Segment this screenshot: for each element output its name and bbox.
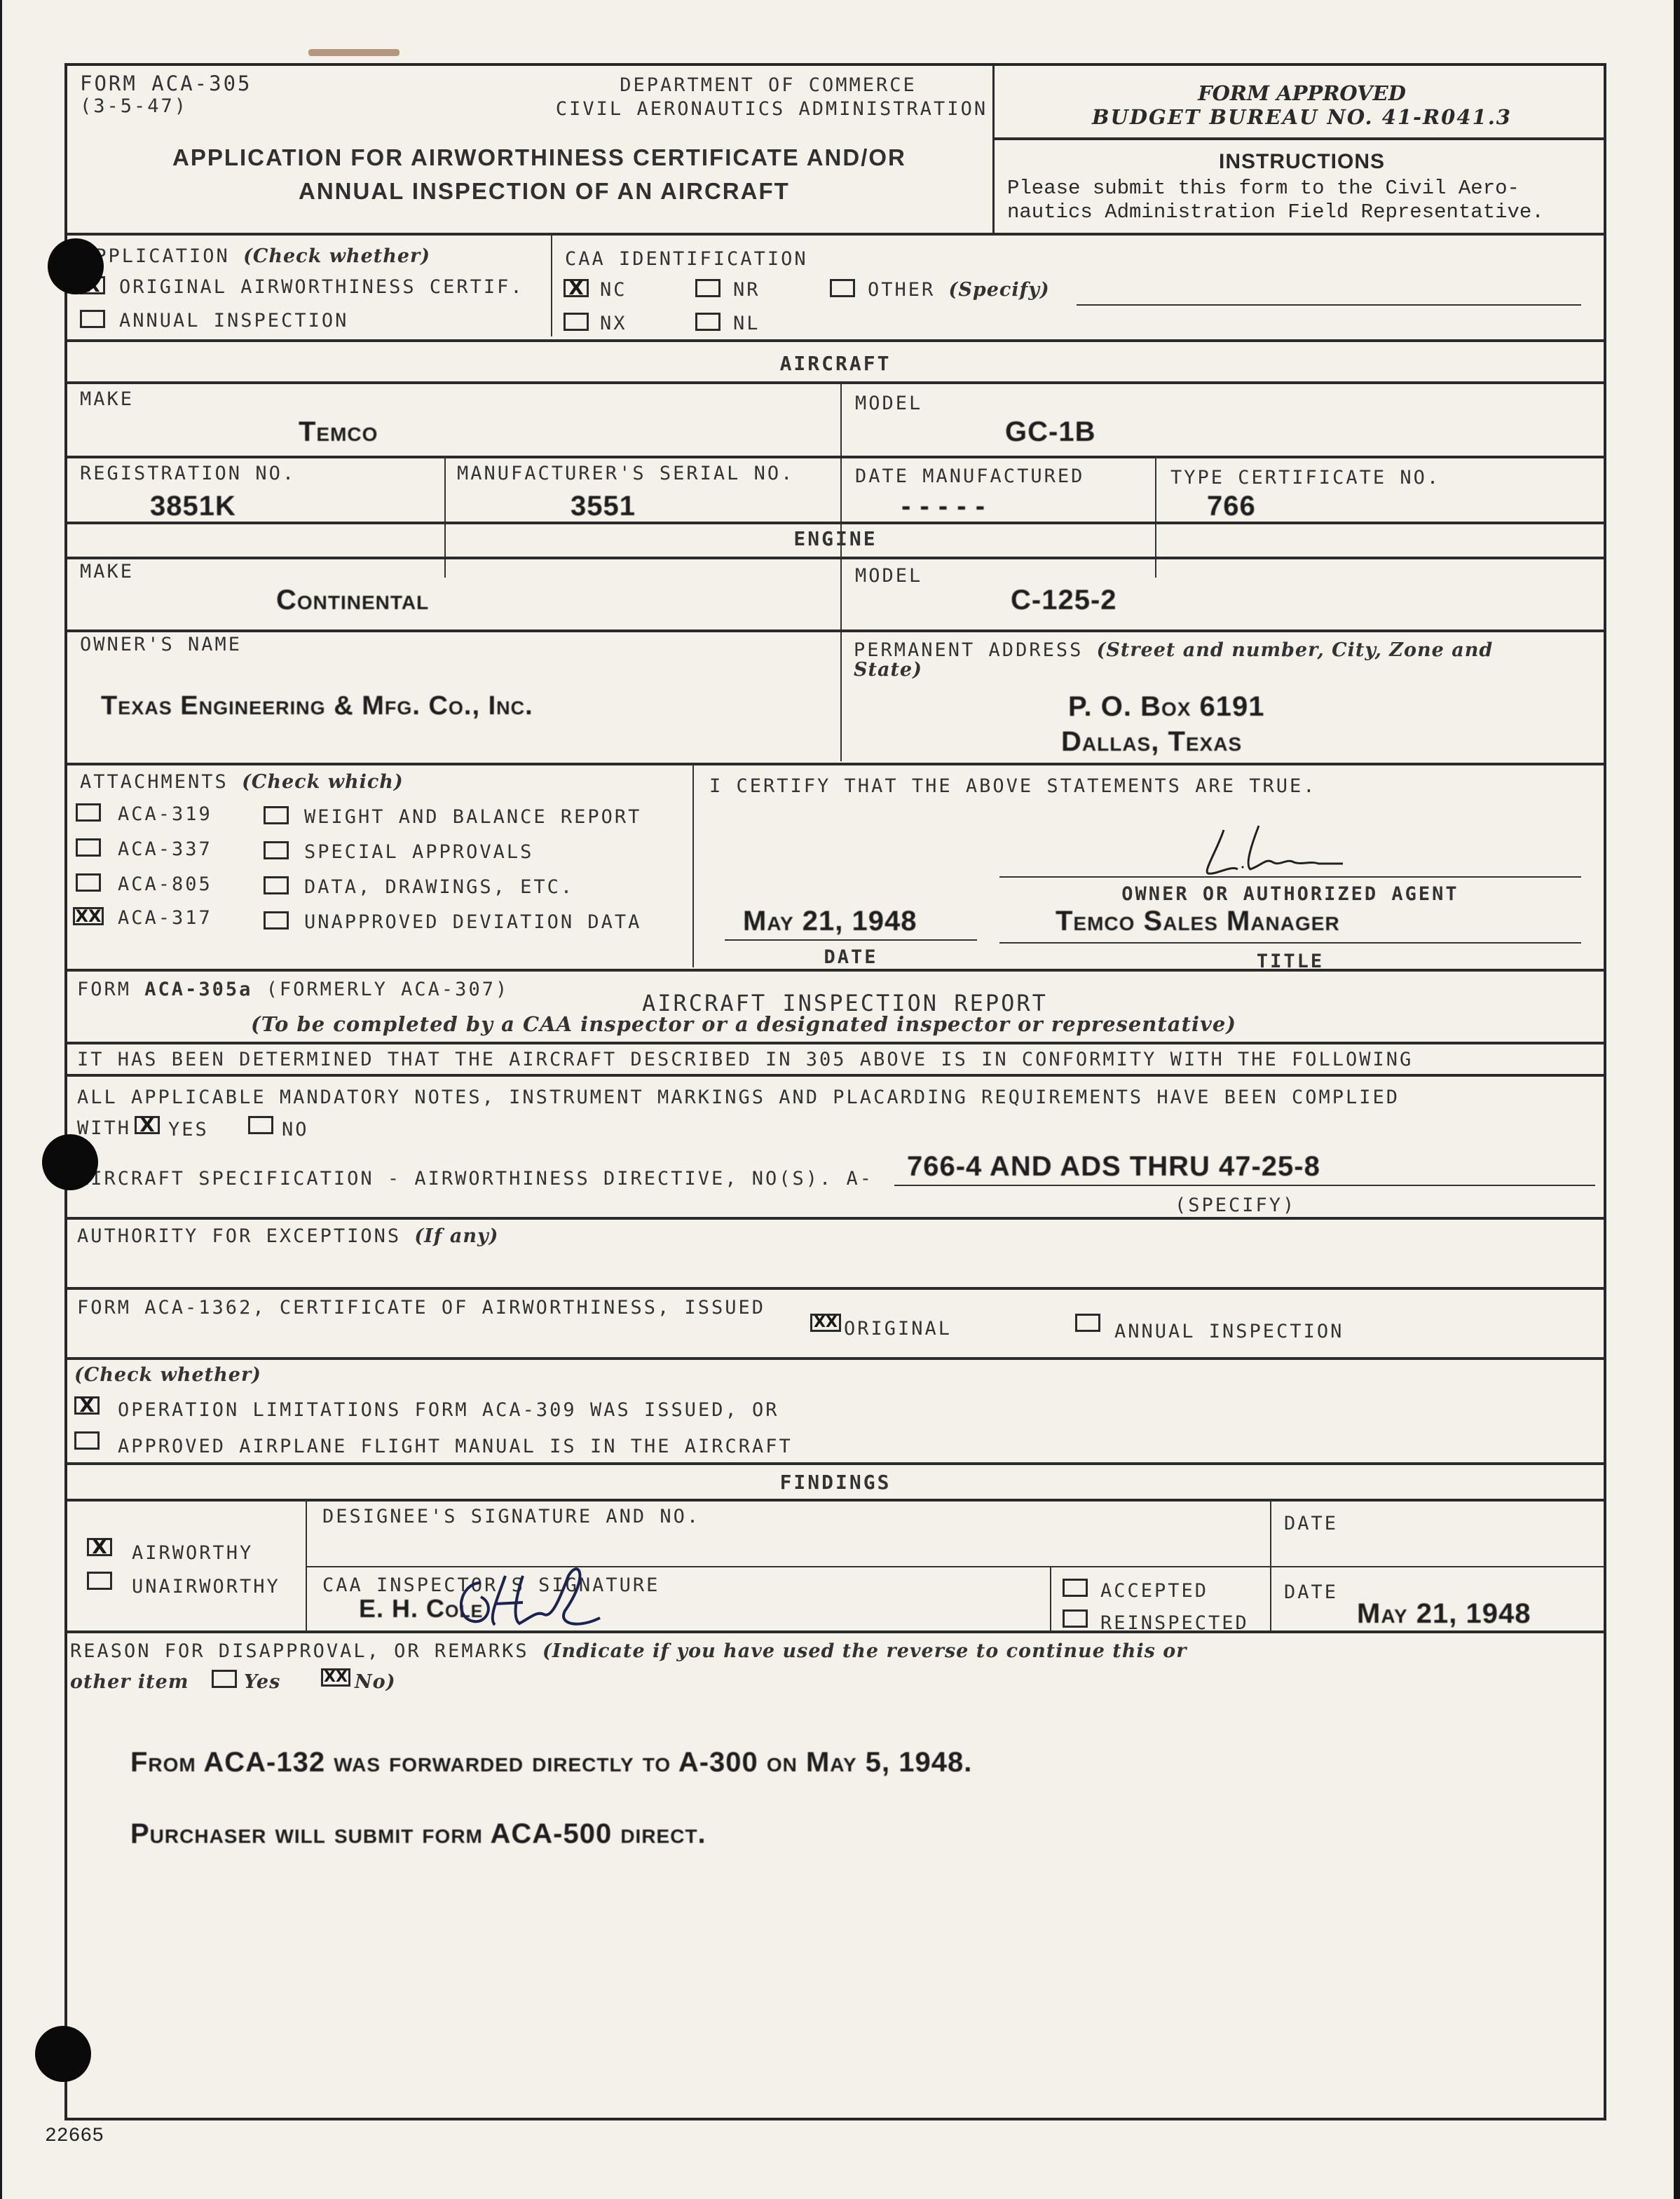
checkbox-reverse-yes[interactable] bbox=[212, 1670, 237, 1688]
date-manufactured-value: - - - - - bbox=[901, 491, 985, 522]
label-unapproved-deviation: UNAPPROVED DEVIATION DATA bbox=[304, 911, 641, 933]
aircraft-make-value: Temco bbox=[299, 416, 378, 448]
page-edge-left bbox=[0, 0, 2, 2199]
department: DEPARTMENT OF COMMERCE bbox=[558, 74, 978, 96]
address-line2: Dallas, Texas bbox=[1061, 726, 1242, 758]
certification-bottom-line bbox=[67, 969, 1604, 972]
punch-hole-bottom bbox=[35, 2026, 91, 2082]
checkbox-unapproved-deviation[interactable] bbox=[264, 911, 289, 930]
instructions-line1: Please submit this form to the Civil Aer… bbox=[1007, 177, 1519, 200]
spec-bottom-line bbox=[67, 1217, 1604, 1220]
remarks-label: REASON FOR DISAPPROVAL, OR REMARKS (Indi… bbox=[70, 1640, 1187, 1662]
aircraft-section-title: AIRCRAFT bbox=[67, 352, 1604, 375]
spec-hint: (SPECIFY) bbox=[1175, 1194, 1296, 1216]
application-divider bbox=[551, 234, 552, 336]
label-complied-no: NO bbox=[282, 1119, 309, 1141]
registration-label: REGISTRATION NO. bbox=[80, 463, 296, 484]
caa-identification-label: CAA IDENTIFICATION bbox=[565, 248, 808, 270]
engine-section-title: ENGINE bbox=[67, 527, 1604, 550]
checkbox-operation-limitations[interactable]: X bbox=[74, 1396, 100, 1415]
form-number: FORM ACA-305 bbox=[80, 72, 252, 95]
address-label: PERMANENT ADDRESS (Street and number, Ci… bbox=[854, 639, 1493, 661]
form-approved-box: FORM APPROVED BUDGET BUREAU NO. 41-R041.… bbox=[995, 66, 1609, 136]
conformity-statement: IT HAS BEEN DETERMINED THAT THE AIRCRAFT… bbox=[77, 1049, 1413, 1070]
with-label: WITH bbox=[77, 1117, 131, 1139]
instructions-line2: nautics Administration Field Representat… bbox=[1007, 200, 1544, 224]
remarks-hint2: other item bbox=[70, 1671, 189, 1693]
accepted-divider bbox=[1050, 1567, 1051, 1630]
punch-hole-top bbox=[48, 238, 104, 294]
label-certificate-annual: ANNUAL INSPECTION bbox=[1114, 1321, 1344, 1342]
form-title-line1: APPLICATION FOR AIRWORTHINESS CERTIFICAT… bbox=[172, 144, 906, 171]
serial-value: 3551 bbox=[571, 491, 636, 522]
inspection-report-subtitle: (To be completed by a CAA inspector or a… bbox=[251, 1012, 1236, 1036]
date-manufactured-divider bbox=[1155, 457, 1156, 578]
exceptions-label: AUTHORITY FOR EXCEPTIONS (If any) bbox=[77, 1225, 498, 1247]
inspector-date: May 21, 1948 bbox=[1357, 1598, 1531, 1630]
attachments-label: ATTACHMENTS (Check which) bbox=[80, 771, 404, 793]
mandatory-notes: ALL APPLICABLE MANDATORY NOTES, INSTRUME… bbox=[77, 1087, 1400, 1108]
application-bottom-line bbox=[67, 339, 1604, 342]
label-nx: NX bbox=[600, 313, 627, 334]
engine-model-label: MODEL bbox=[855, 565, 922, 587]
checkbox-reverse-no[interactable]: XX bbox=[321, 1668, 350, 1687]
engine-make-label: MAKE bbox=[80, 561, 134, 583]
label-nc: NC bbox=[600, 279, 627, 301]
date-line bbox=[725, 939, 977, 941]
designee-date-divider bbox=[1270, 1500, 1271, 1630]
checkbox-other[interactable] bbox=[830, 279, 855, 297]
document-number: 22665 bbox=[45, 2125, 104, 2147]
owner-name-label: OWNER'S NAME bbox=[80, 634, 242, 655]
checkbox-nl[interactable] bbox=[695, 313, 721, 331]
aircraft-model-label: MODEL bbox=[855, 393, 922, 414]
remarks-line2: Purchaser will submit form ACA-500 direc… bbox=[130, 1818, 706, 1850]
engine-divider bbox=[840, 558, 842, 761]
date-label: DATE bbox=[725, 946, 977, 968]
checkbox-certificate-annual[interactable] bbox=[1075, 1314, 1100, 1332]
label-certificate-original: ORIGINAL bbox=[844, 1318, 952, 1340]
certification-title: Temco Sales Manager bbox=[1056, 906, 1340, 937]
engine-title-line bbox=[67, 557, 1604, 559]
checkbox-accepted[interactable] bbox=[1063, 1579, 1088, 1597]
page-edge-right bbox=[1674, 0, 1680, 2199]
label-special-approvals: SPECIAL APPROVALS bbox=[304, 841, 533, 863]
inspection-form-number: FORM ACA-305a (FORMERLY ACA-307) bbox=[77, 979, 509, 1000]
checkbox-nc[interactable]: X bbox=[564, 279, 589, 297]
engine-row-line bbox=[67, 629, 1604, 632]
registration-divider bbox=[444, 457, 446, 578]
label-reverse-yes: Yes bbox=[244, 1671, 280, 1693]
remarks-line1: From ACA-132 was forwarded directly to A… bbox=[130, 1747, 972, 1778]
engine-model-value: C-125-2 bbox=[1011, 585, 1117, 616]
label-nl: NL bbox=[733, 313, 760, 334]
signature-line bbox=[999, 876, 1581, 878]
registration-value: 3851K bbox=[150, 491, 236, 522]
inspection-title-line bbox=[67, 1042, 1604, 1044]
checkbox-nr[interactable] bbox=[695, 279, 721, 297]
header-bottom-line bbox=[67, 233, 1604, 236]
checkbox-data-drawings[interactable] bbox=[264, 876, 289, 894]
checkbox-aca-805[interactable] bbox=[76, 873, 101, 892]
findings-section-title: FINDINGS bbox=[67, 1471, 1604, 1494]
label-aca-805: ACA-805 bbox=[118, 873, 212, 895]
label-reverse-no: No) bbox=[355, 1671, 395, 1693]
label-operation-limitations: OPERATION LIMITATIONS FORM ACA-309 WAS I… bbox=[118, 1399, 779, 1421]
engine-bottom-line bbox=[67, 763, 1604, 765]
type-certificate-value: 766 bbox=[1207, 491, 1256, 522]
label-accepted: ACCEPTED bbox=[1100, 1580, 1208, 1602]
certification-date: May 21, 1948 bbox=[743, 906, 917, 937]
owner-name-value: Texas Engineering & Mfg. Co., Inc. bbox=[101, 691, 533, 721]
address-hint-state: State) bbox=[854, 659, 922, 681]
label-flight-manual: APPROVED AIRPLANE FLIGHT MANUAL IS IN TH… bbox=[118, 1436, 793, 1457]
certificate-bottom-line bbox=[67, 1357, 1604, 1360]
serial-label: MANUFACTURER'S SERIAL NO. bbox=[457, 463, 794, 484]
address-line1: P. O. Box 6191 bbox=[1068, 691, 1265, 723]
checkbox-special-approvals[interactable] bbox=[264, 841, 289, 859]
title-line bbox=[999, 942, 1581, 944]
label-weight-balance: WEIGHT AND BALANCE REPORT bbox=[304, 806, 641, 828]
engine-make-value: Continental bbox=[276, 585, 429, 616]
aircraft-row1-line bbox=[67, 456, 1604, 458]
checkbox-complied-no[interactable] bbox=[248, 1116, 273, 1134]
certificate-issued-label: FORM ACA-1362, CERTIFICATE OF AIRWORTHIN… bbox=[77, 1297, 765, 1319]
checkbox-weight-balance[interactable] bbox=[264, 806, 289, 824]
checkbox-complied-yes[interactable]: X bbox=[135, 1116, 160, 1134]
budget-bureau: BUDGET BUREAU NO. 41-R041.3 bbox=[995, 105, 1609, 129]
aircraft-model-value: GC-1B bbox=[1005, 416, 1095, 448]
label-aca-317: ACA-317 bbox=[118, 907, 212, 929]
spec-value: 766-4 AND ADS THRU 47-25-8 bbox=[907, 1151, 1320, 1183]
checkbox-unairworthy[interactable] bbox=[87, 1572, 112, 1590]
paper-stain bbox=[308, 49, 399, 56]
date-manufactured-label: DATE MANUFACTURED bbox=[855, 465, 1084, 487]
designee-signature-label: DESIGNEE'S SIGNATURE AND NO. bbox=[322, 1506, 700, 1527]
checkbox-aca-337[interactable] bbox=[76, 838, 101, 857]
label-original-airworthiness: ORIGINAL AIRWORTHINESS CERTIF. bbox=[119, 276, 524, 298]
owner-signature bbox=[1196, 823, 1350, 882]
checkbox-certificate-original[interactable]: XX bbox=[810, 1314, 841, 1332]
spec-line bbox=[894, 1185, 1595, 1186]
label-nr: NR bbox=[733, 279, 760, 301]
application-label: APPLICATION (Check whether) bbox=[81, 245, 430, 267]
form-title-line2: ANNUAL INSPECTION OF AN AIRCRAFT bbox=[299, 178, 790, 205]
airworthiness-form: FORM ACA-305 (3-5-47) DEPARTMENT OF COMM… bbox=[64, 63, 1606, 2120]
checkbox-flight-manual[interactable] bbox=[74, 1431, 100, 1450]
label-aca-337: ACA-337 bbox=[118, 838, 212, 860]
inspector-date-label: DATE bbox=[1284, 1581, 1338, 1603]
attachments-divider bbox=[692, 764, 694, 967]
label-annual-inspection: ANNUAL INSPECTION bbox=[119, 310, 348, 332]
instructions-box: INSTRUCTIONS Please submit this form to … bbox=[995, 140, 1609, 231]
checkbox-aca-317[interactable]: XX bbox=[73, 907, 104, 925]
conformity-line bbox=[67, 1074, 1604, 1077]
check-whether-hint: (Check whether) bbox=[74, 1364, 261, 1386]
findings-left-divider bbox=[306, 1500, 307, 1630]
checkbox-aca-319[interactable] bbox=[76, 803, 101, 822]
label-airworthy: AIRWORTHY bbox=[132, 1542, 253, 1564]
checkbox-airworthy[interactable]: X bbox=[87, 1538, 112, 1556]
label-unairworthy: UNAIRWORTHY bbox=[132, 1576, 280, 1598]
label-complied-yes: YES bbox=[168, 1119, 209, 1141]
findings-title-line bbox=[67, 1499, 1604, 1502]
inspector-signature bbox=[439, 1562, 607, 1635]
label-data-drawings: DATA, DRAWINGS, ETC. bbox=[304, 876, 574, 898]
signer-label: OWNER OR AUTHORIZED AGENT bbox=[999, 883, 1581, 905]
punch-hole-middle bbox=[42, 1134, 98, 1190]
designee-date-label: DATE bbox=[1284, 1513, 1338, 1534]
checkbox-nx[interactable] bbox=[564, 313, 589, 331]
type-certificate-label: TYPE CERTIFICATE NO. bbox=[1170, 467, 1440, 489]
certify-statement: I CERTIFY THAT THE ABOVE STATEMENTS ARE … bbox=[709, 775, 1317, 797]
findings-bottom-line bbox=[67, 1630, 1604, 1633]
aircraft-bottom-line bbox=[67, 522, 1604, 524]
form-approved: FORM APPROVED bbox=[995, 81, 1609, 105]
aircraft-title-line bbox=[67, 381, 1604, 384]
checkbox-annual-inspection[interactable] bbox=[80, 310, 105, 328]
exceptions-bottom-line bbox=[67, 1287, 1604, 1290]
instructions-title: INSTRUCTIONS bbox=[995, 150, 1609, 174]
checkbox-reinspected[interactable] bbox=[1063, 1609, 1088, 1628]
other-specify-line bbox=[1077, 304, 1581, 306]
administration: CIVIL AERONAUTICS ADMINISTRATION bbox=[551, 98, 992, 120]
limitations-bottom-line bbox=[67, 1462, 1604, 1465]
label-aca-319: ACA-319 bbox=[118, 803, 212, 825]
spec-label: AIRCRAFT SPECIFICATION - AIRWORTHINESS D… bbox=[77, 1168, 873, 1190]
form-date: (3-5-47) bbox=[80, 95, 188, 117]
label-other: OTHER (Specify) bbox=[868, 279, 1050, 301]
aircraft-make-label: MAKE bbox=[80, 388, 134, 410]
